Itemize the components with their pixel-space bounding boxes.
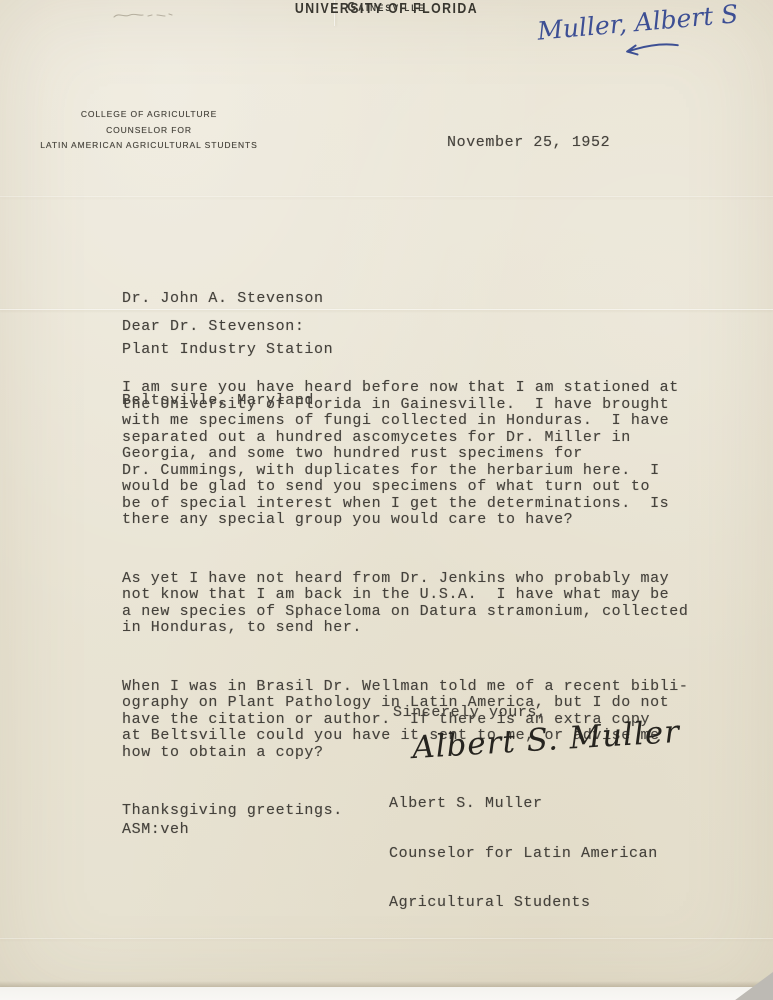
signer-name: Albert S. Muller — [389, 796, 658, 813]
letterhead-department: COLLEGE OF AGRICULTURE COUNSELOR FOR LAT… — [34, 107, 264, 154]
valediction: Sincerely yours, — [393, 705, 547, 722]
letterhead-department-line: COUNSELOR FOR — [34, 123, 264, 139]
arrow-left-icon — [621, 39, 680, 59]
salutation: Dear Dr. Stevenson: — [122, 319, 304, 336]
signer-title-line: Agricultural Students — [389, 895, 658, 912]
letterhead-city: Gainesville — [39, 0, 735, 14]
date-line: November 25, 1952 — [447, 135, 610, 152]
recipient-name: Dr. John A. Stevenson — [122, 290, 333, 307]
letterhead-department-line: COLLEGE OF AGRICULTURE — [34, 107, 264, 123]
reference-initials: ASM:veh — [122, 822, 189, 839]
letterhead-department-line: LATIN AMERICAN AGRICULTURAL STUDENTS — [34, 138, 264, 154]
body-paragraph: As yet I have not heard from Dr. Jenkins… — [122, 571, 722, 637]
scan-background-strip — [0, 987, 773, 1000]
paper-crease — [0, 196, 773, 197]
letter-page: Muller, Albert S UNIVERSITY OF FLORIDA G… — [0, 0, 773, 1000]
paper-crease — [0, 309, 773, 310]
signer-block: Albert S. Muller Counselor for Latin Ame… — [389, 763, 658, 945]
body-paragraph: I am sure you have heard before now that… — [122, 380, 722, 529]
signer-title-line: Counselor for Latin American — [389, 846, 658, 863]
